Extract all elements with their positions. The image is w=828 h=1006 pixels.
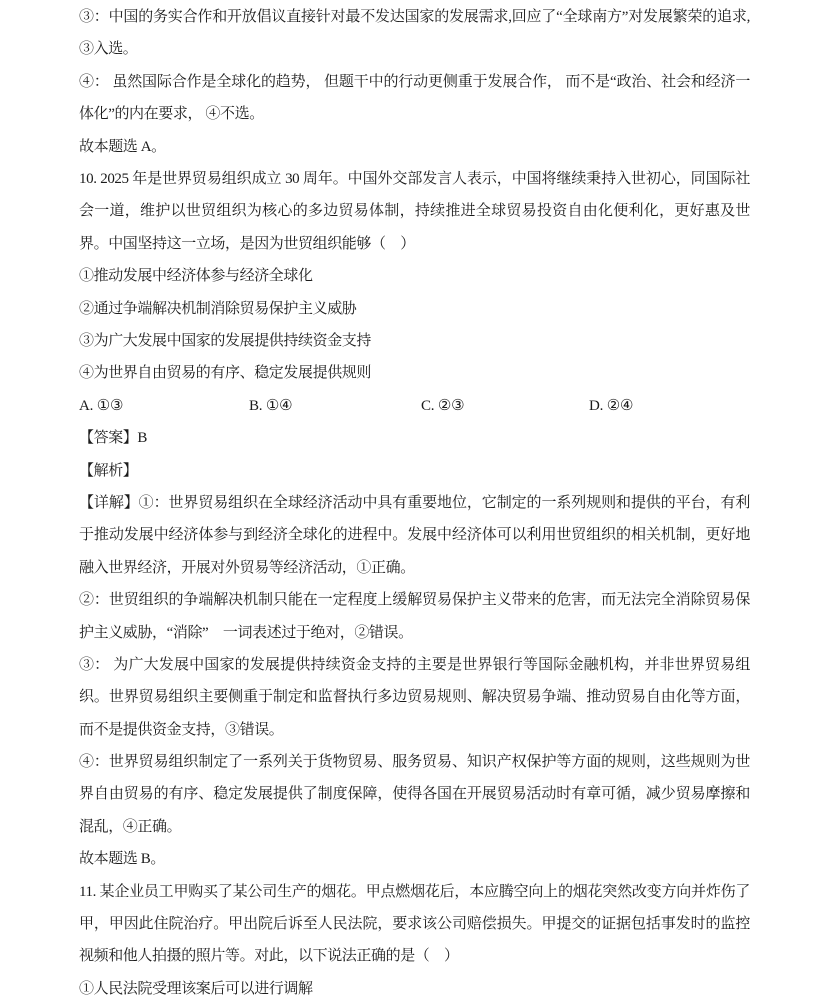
q10-statement-2: ②通过争端解决机制消除贸易保护主义威胁 — [79, 293, 750, 325]
q10-option-b: B. ①④ — [249, 390, 421, 422]
q10-detail-2: ②：世贸组织的争端解决机制只能在一定程度上缓解贸易保护主义带来的危害，而无法完全… — [79, 584, 750, 649]
q10-statement-1: ①推动发展中经济体参与经济全球化 — [79, 260, 750, 292]
q10-conclusion: 故本题选 B。 — [79, 843, 750, 875]
q10-option-d: D. ②④ — [589, 390, 750, 422]
q10-option-a: A. ①③ — [79, 390, 249, 422]
q10-option-c: C. ②③ — [421, 390, 589, 422]
q10-answer-label: 【答案】B — [79, 422, 750, 454]
answer9-point4: ④： 虽然国际合作是全球化的趋势， 但题干中的行动更侧重于发展合作， 而不是“政… — [79, 66, 750, 131]
answer9-conclusion: 故本题选 A。 — [79, 131, 750, 163]
q11-stem: 11. 某企业员工甲购买了某公司生产的烟花。甲点燃烟花后，本应腾空向上的烟花突然… — [79, 876, 750, 973]
q10-detail-4: ④：世界贸易组织制定了一系列关于货物贸易、服务贸易、知识产权保护等方面的规则，这… — [79, 746, 750, 843]
q10-detail-3: ③： 为广大发展中国家的发展提供持续资金支持的主要是世界银行等国际金融机构，并非… — [79, 649, 750, 746]
q10-options-row: A. ①③ B. ①④ C. ②③ D. ②④ — [79, 390, 750, 422]
q10-detail-1: 【详解】①：世界贸易组织在全球经济活动中具有重要地位，它制定的一系列规则和提供的… — [79, 487, 750, 584]
q10-statement-4: ④为世界自由贸易的有序、稳定发展提供规则 — [79, 357, 750, 389]
q10-statement-3: ③为广大发展中国家的发展提供持续资金支持 — [79, 325, 750, 357]
answer9-point3: ③：中国的务实合作和开放倡议直接针对最不发达国家的发展需求,回应了“全球南方”对… — [79, 1, 750, 66]
q11-statement-1: ①人民法院受理该案后可以进行调解 — [79, 973, 750, 1005]
q10-stem: 10. 2025 年是世界贸易组织成立 30 周年。中国外交部发言人表示，中国将… — [79, 163, 750, 260]
q10-analysis-label: 【解析】 — [79, 455, 750, 487]
document-page: ③：中国的务实合作和开放倡议直接针对最不发达国家的发展需求,回应了“全球南方”对… — [0, 0, 828, 1006]
